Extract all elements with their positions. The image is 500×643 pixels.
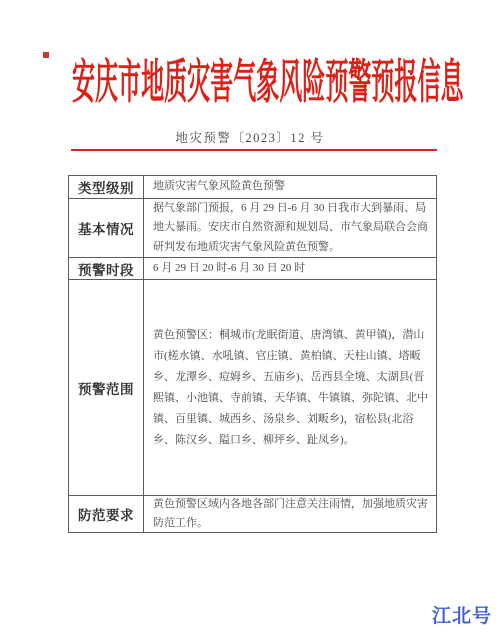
row-label-prevention-requirements: 防范要求 xyxy=(69,496,144,532)
red-divider-line xyxy=(71,149,437,151)
warning-info-table: 类型级别 地质灾害气象风险黄色预警 基本情况 据气象部门预报，6 月 29 日-… xyxy=(68,175,437,533)
row-content-text: 地质灾害气象风险黄色预警 xyxy=(153,177,285,197)
table-row-basic-situation: 基本情况 据气象部门预报，6 月 29 日-6 月 30 日我市大到暴雨、局地大… xyxy=(69,199,436,258)
document-number: 地灾预警〔2023〕12 号 xyxy=(0,130,500,146)
row-content-type-level: 地质灾害气象风险黄色预警 xyxy=(144,176,436,198)
row-label-warning-scope: 预警范围 xyxy=(69,280,144,495)
row-label-type-level: 类型级别 xyxy=(69,176,144,198)
row-content-prevention-requirements: 黄色预警区域内各地各部门注意关注雨情，加强地质灾害防范工作。 xyxy=(144,496,436,532)
row-content-text: 6 月 29 日 20 时-6 月 30 日 20 时 xyxy=(153,259,305,279)
row-content-warning-scope: 黄色预警区：桐城市(龙眠街道、唐湾镇、黄甲镇)，潜山市(槎水镇、水吼镇、官庄镇、… xyxy=(144,280,436,495)
row-content-warning-period: 6 月 29 日 20 时-6 月 30 日 20 时 xyxy=(144,258,436,279)
page-title: 安庆市地质灾害气象风险预警预报信息 xyxy=(72,57,452,109)
red-corner-mark xyxy=(43,52,49,58)
table-row-type-level: 类型级别 地质灾害气象风险黄色预警 xyxy=(69,176,436,199)
watermark-logo: 江北号 xyxy=(432,605,492,629)
row-content-text: 黄色预警区：桐城市(龙眠街道、唐湾镇、黄甲镇)，潜山市(槎水镇、水吼镇、官庄镇、… xyxy=(153,325,430,451)
table-row-warning-scope: 预警范围 黄色预警区：桐城市(龙眠街道、唐湾镇、黄甲镇)，潜山市(槎水镇、水吼镇… xyxy=(69,280,436,496)
row-label-basic-situation: 基本情况 xyxy=(69,199,144,257)
table-row-warning-period: 预警时段 6 月 29 日 20 时-6 月 30 日 20 时 xyxy=(69,258,436,280)
page-title-text: 安庆市地质灾害气象风险预警预报信息 xyxy=(72,57,464,109)
document-page: 安庆市地质灾害气象风险预警预报信息 地灾预警〔2023〕12 号 类型级别 地质… xyxy=(0,0,500,643)
table-row-prevention-requirements: 防范要求 黄色预警区域内各地各部门注意关注雨情，加强地质灾害防范工作。 xyxy=(69,496,436,532)
row-content-text: 据气象部门预报，6 月 29 日-6 月 30 日我市大到暴雨、局地大暴雨。安庆… xyxy=(153,199,430,258)
row-label-warning-period: 预警时段 xyxy=(69,258,144,279)
row-content-text: 黄色预警区域内各地各部门注意关注雨情，加强地质灾害防范工作。 xyxy=(153,495,430,534)
row-content-basic-situation: 据气象部门预报，6 月 29 日-6 月 30 日我市大到暴雨、局地大暴雨。安庆… xyxy=(144,199,436,257)
